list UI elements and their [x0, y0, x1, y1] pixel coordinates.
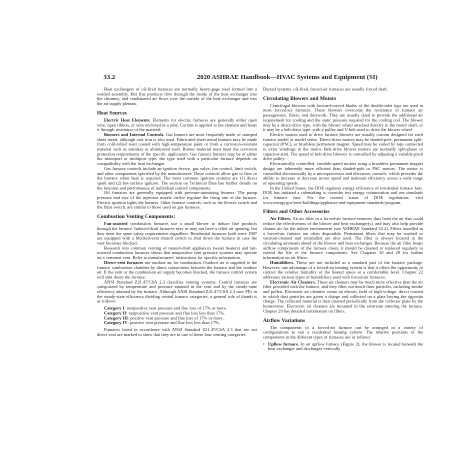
paragraph-lead: Category IV [104, 320, 128, 325]
paragraph: Direct-vent furnaces use outdoor air for… [97, 260, 257, 279]
paragraph: Air Filters. An air filter in a forced-a… [263, 217, 423, 261]
page-number: 33.2 [104, 73, 116, 81]
paragraph: Gas furnace controls include an ignition… [97, 166, 257, 190]
paragraph: Fan-assisted combustion furnaces use a s… [97, 222, 257, 246]
section-heading: Combustion Venting Components: [97, 214, 257, 220]
paragraph: Burners and Internal Controls. Gas burne… [97, 132, 257, 166]
paragraph: In the United States, the DOE regulates … [263, 186, 423, 205]
left-column: Heat exchangers of oil-fired furnaces ar… [97, 87, 257, 352]
paragraph: Oil furnaces are generally equipped with… [97, 191, 257, 210]
paragraph-lead: Humidifiers. [270, 260, 296, 265]
running-title: 2020 ASHRAE Handbook—HVAC Systems and Eq… [197, 73, 378, 81]
paragraph: Category IV: positive vent pressure and … [97, 321, 257, 326]
paragraph: Humidifiers. These are not included as a… [263, 260, 423, 279]
paragraph: The components of a forced-air furnace c… [263, 325, 423, 340]
paragraph: Electronically controlled, variable-spee… [263, 162, 423, 186]
paragraph: Electric motors used to drive furnace bl… [263, 132, 423, 161]
paragraph: Ducted systems, oil-fired, forced-air fu… [263, 87, 423, 92]
paragraph: Electronic Air Cleaners. These air clean… [263, 280, 423, 314]
paragraph-lead: Direct-vent furnaces [104, 260, 145, 265]
section-heading: Airflow Variations [263, 318, 423, 324]
paragraph-lead: Fan-assisted [104, 221, 130, 226]
paragraph: Electric Heat Elements. Elements for ele… [97, 118, 257, 133]
paragraph: Centrifugal blowers with forward-curved … [263, 103, 423, 132]
section-heading: Heat Sources [97, 110, 257, 116]
section-heading: Circulating Blowers and Motors [263, 96, 423, 102]
paragraph-lead: Electronic Air Cleaners. [270, 279, 317, 284]
page-content: 33.2 2020 ASHRAE Handbook—HVAC Systems a… [97, 72, 423, 352]
page-header: 33.2 2020 ASHRAE Handbook—HVAC Systems a… [97, 72, 423, 82]
paragraph-lead: Electric Heat Elements. [104, 117, 153, 122]
paragraph-lead: Burners and Internal Controls. [104, 132, 166, 137]
paragraph-lead: Upflow furnace. [268, 341, 301, 346]
right-column: Ducted systems, oil-fired, forced-air fu… [263, 87, 423, 352]
paragraph: •Upflow furnace. In an upflow furnace (F… [263, 342, 423, 352]
section-heading: Filters and Other Accessories [263, 209, 423, 215]
paragraph-lead: Air Filters. [270, 216, 293, 221]
document-page: 33.2 2020 ASHRAE Handbook—HVAC Systems a… [0, 0, 458, 458]
paragraph: Research into common venting of natural-… [97, 246, 257, 261]
two-column-layout: Heat exchangers of oil-fired furnaces ar… [97, 87, 423, 352]
paragraph: Heat exchangers of oil-fired furnaces ar… [97, 87, 257, 106]
paragraph: Furnaces listed in accordance with ANSI … [97, 327, 257, 337]
paragraph: ANSI Standard Z21.47/CSA 2.3 classifies … [97, 280, 257, 304]
